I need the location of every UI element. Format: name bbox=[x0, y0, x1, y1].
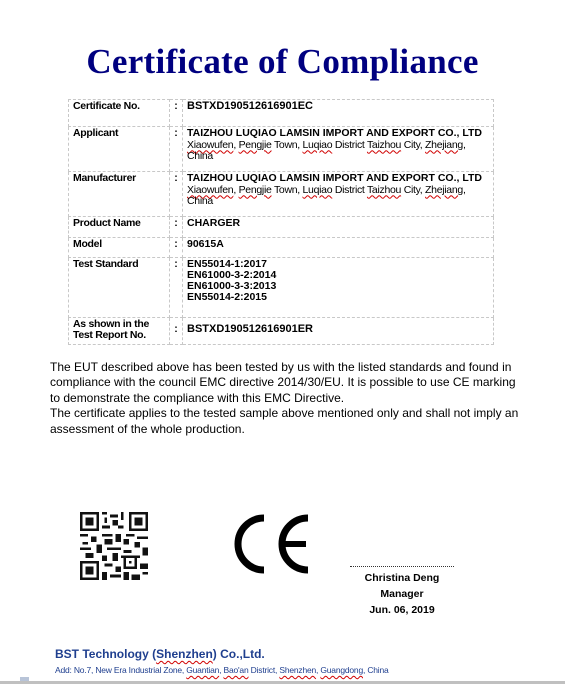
signatory-title: Manager bbox=[340, 586, 464, 602]
separator: : bbox=[170, 127, 183, 172]
test-report-value: BSTXD190512616901ER bbox=[183, 318, 494, 345]
table-row: Certificate No. : BSTXD190512616901EC bbox=[69, 100, 494, 127]
table-row: Model : 90615A bbox=[69, 238, 494, 258]
compliance-text: The EUT described above has been tested … bbox=[50, 360, 520, 406]
company-address: Add: No.7, New Era Industrial Zone, Guan… bbox=[55, 665, 389, 675]
separator: : bbox=[170, 318, 183, 345]
model-label: Model bbox=[69, 238, 170, 258]
product-name-value: CHARGER bbox=[183, 217, 494, 238]
company-name: BST Technology (Shenzhen) Co.,Ltd. bbox=[55, 647, 265, 661]
table-row: As shown in the Test Report No. : BSTXD1… bbox=[69, 318, 494, 345]
separator: : bbox=[170, 172, 183, 217]
scope-text: The certificate applies to the tested sa… bbox=[50, 406, 520, 437]
applicant-value: TAIZHOU LUQIAO LAMSIN IMPORT AND EXPORT … bbox=[183, 127, 494, 172]
applicant-address: Xiaowufen, Pengjie Town, Luqiao District… bbox=[187, 140, 489, 163]
test-report-label: As shown in the Test Report No. bbox=[69, 318, 170, 345]
separator: : bbox=[170, 100, 183, 127]
table-row: Manufacturer : TAIZHOU LUQIAO LAMSIN IMP… bbox=[69, 172, 494, 217]
qr-code-icon bbox=[80, 512, 148, 580]
manufacturer-address: Xiaowufen, Pengjie Town, Luqiao District… bbox=[187, 185, 489, 208]
table-row: Test Standard : EN55014-1:2017 EN61000-3… bbox=[69, 258, 494, 318]
compliance-statement: The EUT described above has been tested … bbox=[50, 360, 520, 437]
test-standard-label: Test Standard bbox=[69, 258, 170, 318]
signature-block: Christina Deng Manager Jun. 06, 2019 bbox=[340, 570, 464, 618]
table-row: Product Name : CHARGER bbox=[69, 217, 494, 238]
test-standard-item: EN55014-2:2015 bbox=[187, 292, 489, 303]
separator: : bbox=[170, 238, 183, 258]
page-title: Certificate of Compliance bbox=[0, 42, 565, 82]
manufacturer-value: TAIZHOU LUQIAO LAMSIN IMPORT AND EXPORT … bbox=[183, 172, 494, 217]
test-standard-values: EN55014-1:2017 EN61000-3-2:2014 EN61000-… bbox=[183, 258, 494, 318]
applicant-label: Applicant bbox=[69, 127, 170, 172]
signature-line bbox=[350, 566, 454, 567]
signature-date: Jun. 06, 2019 bbox=[340, 602, 464, 618]
table-row: Applicant : TAIZHOU LUQIAO LAMSIN IMPORT… bbox=[69, 127, 494, 172]
separator: : bbox=[170, 258, 183, 318]
certificate-no-label: Certificate No. bbox=[69, 100, 170, 127]
product-name-label: Product Name bbox=[69, 217, 170, 238]
model-value: 90615A bbox=[183, 238, 494, 258]
certificate-no-value: BSTXD190512616901EC bbox=[183, 100, 494, 127]
ce-mark-icon bbox=[232, 512, 312, 576]
signatory-name: Christina Deng bbox=[340, 570, 464, 586]
separator: : bbox=[170, 217, 183, 238]
manufacturer-label: Manufacturer bbox=[69, 172, 170, 217]
certificate-info-table: Certificate No. : BSTXD190512616901EC Ap… bbox=[68, 99, 494, 345]
